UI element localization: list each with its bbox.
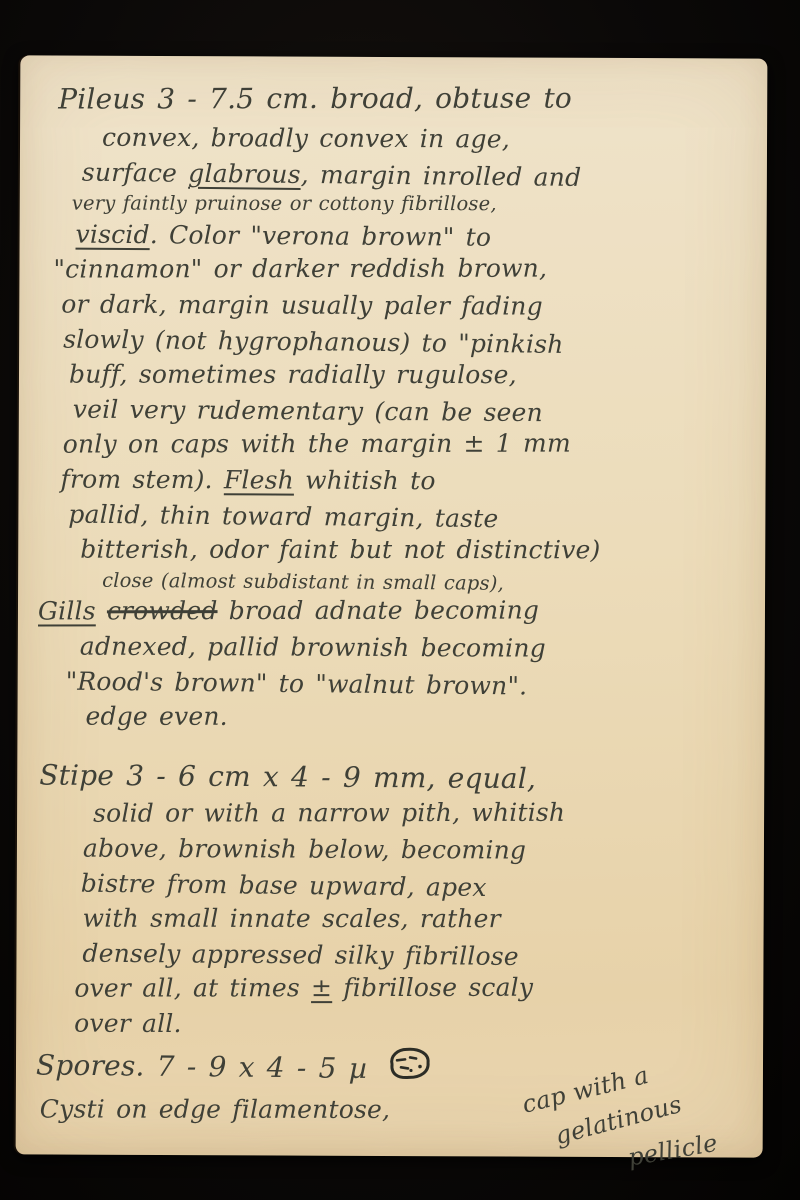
handwritten-text: crowded <box>107 596 218 625</box>
handwritten-text: over all, at times <box>74 973 311 1002</box>
handwritten-line: solid or with a narrow pith, whitish <box>93 794 754 830</box>
handwritten-line: very faintly pruinose or cottony fibrill… <box>72 190 757 218</box>
handwritten-text: pallid, thin toward margin, taste <box>68 500 498 534</box>
handwritten-text: ± <box>311 973 332 1002</box>
handwritten-line: from stem). Flesh whitish to <box>60 462 755 500</box>
handwritten-text: above, brownish below, becoming <box>83 834 526 865</box>
handwritten-text: glabrous <box>188 159 301 189</box>
handwritten-text: Spores. 7 - 9 x 4 - 5 µ <box>36 1048 368 1085</box>
diagonal-annotation: cap with a gelatinous pellicle <box>20 55 767 58</box>
handwritten-text: solid or with a narrow pith, whitish <box>93 798 565 828</box>
handwritten-text: broad adnate becoming <box>218 595 540 625</box>
handwritten-line: over all, at times ± fibrillose scaly <box>74 969 753 1005</box>
handwritten-text: very faintly pruinose or cottony fibrill… <box>72 192 497 216</box>
note-card: Pileus 3 - 7.5 cm. broad, obtuse toconve… <box>16 55 768 1157</box>
section-pileus: Pileus 3 - 7.5 cm. broad, obtuse toconve… <box>38 79 757 569</box>
handwritten-text: "Rood's brown" to "walnut brown". <box>66 667 528 701</box>
handwritten-line: Pileus 3 - 7.5 cm. broad, obtuse to <box>58 78 757 119</box>
handwritten-text: Flesh <box>224 465 294 494</box>
handwritten-text: Gills <box>38 596 96 625</box>
handwritten-line: above, brownish below, becoming <box>83 831 754 869</box>
handwritten-text: whitish to <box>294 466 436 496</box>
handwritten-line: Gills crowded broad adnate becoming <box>38 592 755 628</box>
section-gills: close (almost subdistant in small caps),… <box>37 566 755 736</box>
handwritten-line: or dark, margin usually paler fading <box>61 287 756 325</box>
handwritten-text <box>96 596 107 625</box>
handwritten-text: buff, sometimes radially rugulose, <box>69 360 517 390</box>
handwritten-line: edge even. <box>85 699 754 735</box>
handwritten-line: over all. <box>74 1006 753 1044</box>
handwritten-text: bitterish, odor faint but not distinctiv… <box>80 535 600 565</box>
handwritten-text: Stipe 3 - 6 cm x 4 - 9 mm, equal, <box>39 758 536 795</box>
handwritten-text: densely appressed silky fibrillose <box>82 939 519 971</box>
handwritten-text: Cysti on edge filamentose, <box>40 1094 390 1123</box>
handwritten-line: bitterish, odor faint but not distinctiv… <box>80 532 755 568</box>
handwritten-text: veil very rudementary (can be seen <box>73 395 543 428</box>
handwritten-line: with small innate scales, rather <box>83 901 754 937</box>
handwritten-text: over all. <box>74 1009 182 1038</box>
photo-background: { "colors": { "background": "#0b0908", "… <box>0 0 800 1200</box>
handwritten-text: adnexed, pallid brownish becoming <box>80 632 546 663</box>
handwritten-line: "cinnamon" or darker reddish brown, <box>53 250 756 286</box>
handwritten-text: or dark, margin usually paler fading <box>61 290 543 321</box>
handwritten-text: Pileus 3 - 7.5 cm. broad, obtuse to <box>58 82 572 116</box>
handwritten-text: fibrillose scaly <box>332 973 533 1002</box>
handwritten-text: surface <box>82 158 189 188</box>
handwritten-text: , margin inrolled and <box>301 160 582 192</box>
section-stipe: Stipe 3 - 6 cm x 4 - 9 mm, equal,solid o… <box>36 755 754 1043</box>
handwritten-line: adnexed, pallid brownish becoming <box>80 629 755 667</box>
handwritten-text: convex, broadly convex in age, <box>102 123 510 154</box>
handwritten-text: . Color "verona brown" to <box>150 220 492 252</box>
handwritten-text: bistre from base upward, apex <box>81 869 487 902</box>
handwritten-text: viscid <box>76 220 150 250</box>
handwritten-line: only on caps with the margin ± 1 mm <box>63 425 756 461</box>
handwritten-text: edge even. <box>86 702 228 731</box>
spore-outline-sketch-icon <box>383 1044 436 1096</box>
handwritten-text: slowly (not hygrophanous) to "pinkish <box>63 325 564 359</box>
handwritten-text: only on caps with the margin ± 1 mm <box>63 429 571 459</box>
handwritten-text: with small innate scales, rather <box>83 904 501 934</box>
handwritten-text: from stem). <box>60 465 223 495</box>
handwritten-line: buff, sometimes radially rugulose, <box>69 357 756 393</box>
handwriting-area: Pileus 3 - 7.5 cm. broad, obtuse toconve… <box>36 79 758 1141</box>
handwritten-line: convex, broadly convex in age, <box>102 120 757 158</box>
handwritten-text: close (almost subdistant in small caps), <box>102 569 504 595</box>
handwritten-text: "cinnamon" or darker reddish brown, <box>53 254 547 284</box>
